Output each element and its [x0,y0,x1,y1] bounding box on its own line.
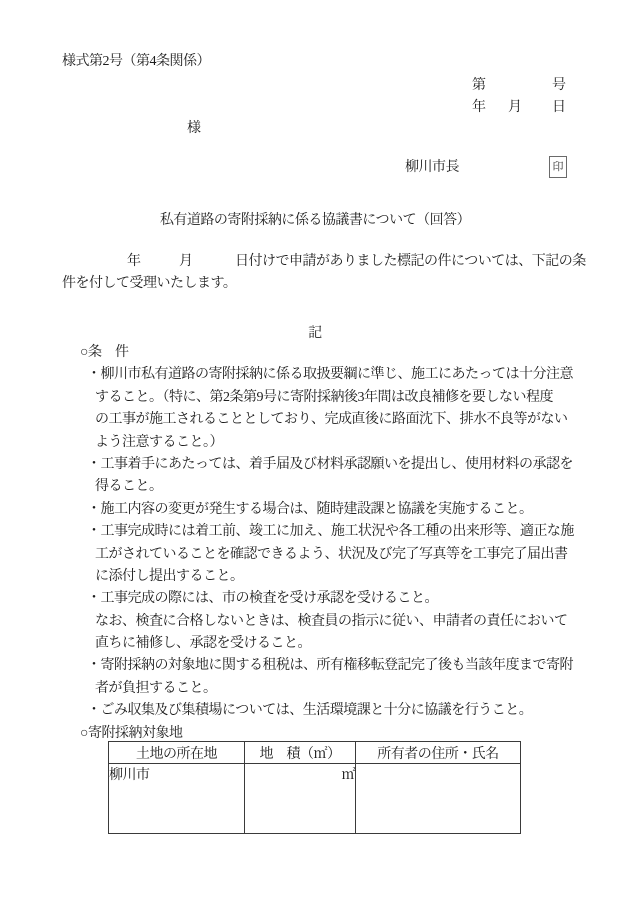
condition-line: よう注意すること。） [62,432,602,454]
condition-line: 直ちに補修し、承認を受けること。 [62,633,602,655]
addressee-suffix: 様 [187,121,201,137]
document-title: 私有道路の寄附採納に係る協議書について（回答） [0,209,630,229]
condition-line: ・工事完成の際には、市の検査を受け承認を受けること。 [62,588,602,610]
condition-line: ・施工内容の変更が発生する場合は、随時建設課と協議を実施すること。 [62,499,602,521]
intro-line2-text: 件を付して受理いたします。 [62,276,236,292]
document-page: 様式第2号（第4条関係） 第 号 年 月 日 様 柳川市長 印 私有道路の寄附採… [0,0,630,903]
condition-line: ・寄附採納の対象地に関する租税は、所有権移転登記完了後も当該年度まで寄附 [62,655,602,677]
intro-line1-text: 日付けで申請がありました標記の件については、下記の条 [235,254,586,270]
condition-line: に添付し提出すること。 [62,566,602,588]
donation-land-table: 土地の所在地 地 積（㎡） 所有者の住所・氏名 柳川市 ㎡ [108,741,521,834]
table-cell-owner [356,764,521,834]
sender-name: 柳川市長 [405,160,459,176]
condition-line: ・工事着手にあたっては、着手届及び材料承認願いを提出し、使用材料の承認を [62,454,602,476]
doc-number-suffix: 号 [552,78,566,94]
table-row: 柳川市 ㎡ [109,764,521,834]
form-number: 様式第2号（第4条関係） [62,54,210,70]
date-year-label: 年 [472,100,486,116]
date-month-label: 月 [508,100,522,116]
condition-line: 得ること。 [62,476,602,498]
condition-line: 工がされていることを確認できるよう、状況及び完了写真等を工事完了届出書 [62,544,602,566]
table-header-row: 土地の所在地 地 積（㎡） 所有者の住所・氏名 [109,742,521,764]
table-cell-location: 柳川市 [109,764,245,834]
table-cell-area-unit: ㎡ [245,764,356,834]
condition-line: の工事が施工されることとしており、完成直後に路面沈下、排水不良等がない [62,409,602,431]
table-header-area: 地 積（㎡） [245,742,356,764]
table-header-location: 土地の所在地 [109,742,245,764]
doc-number-prefix: 第 [472,78,486,94]
ki-heading: 記 [0,322,630,342]
seal-mark: 印 [549,156,567,178]
conditions-list: ○条 件・柳川市私有道路の寄附採納に係る取扱要綱に準じ、施工にあたっては十分注意… [62,342,602,745]
intro-year-label: 年 [127,254,141,270]
condition-line: なお、検査に合格しないときは、検査員の指示に従い、申請者の責任において [62,611,602,633]
table-header-owner: 所有者の住所・氏名 [356,742,521,764]
condition-line: ・工事完成時には着工前、竣工に加え、施工状況や各工種の出来形等、適正な施 [62,521,602,543]
condition-line: ○条 件 [62,342,602,364]
intro-month-label: 月 [179,254,193,270]
condition-line: ・柳川市私有道路の寄附採納に係る取扱要綱に準じ、施工にあたっては十分注意 [62,364,602,386]
condition-line: すること。（特に、第2条第9号に寄附採納後3年間は改良補修を要しない程度 [62,387,602,409]
date-day-label: 日 [552,100,566,116]
condition-line: ・ごみ収集及び集積場については、生活環境課と十分に協議を行うこと。 [62,700,602,722]
condition-line: 者が負担すること。 [62,678,602,700]
